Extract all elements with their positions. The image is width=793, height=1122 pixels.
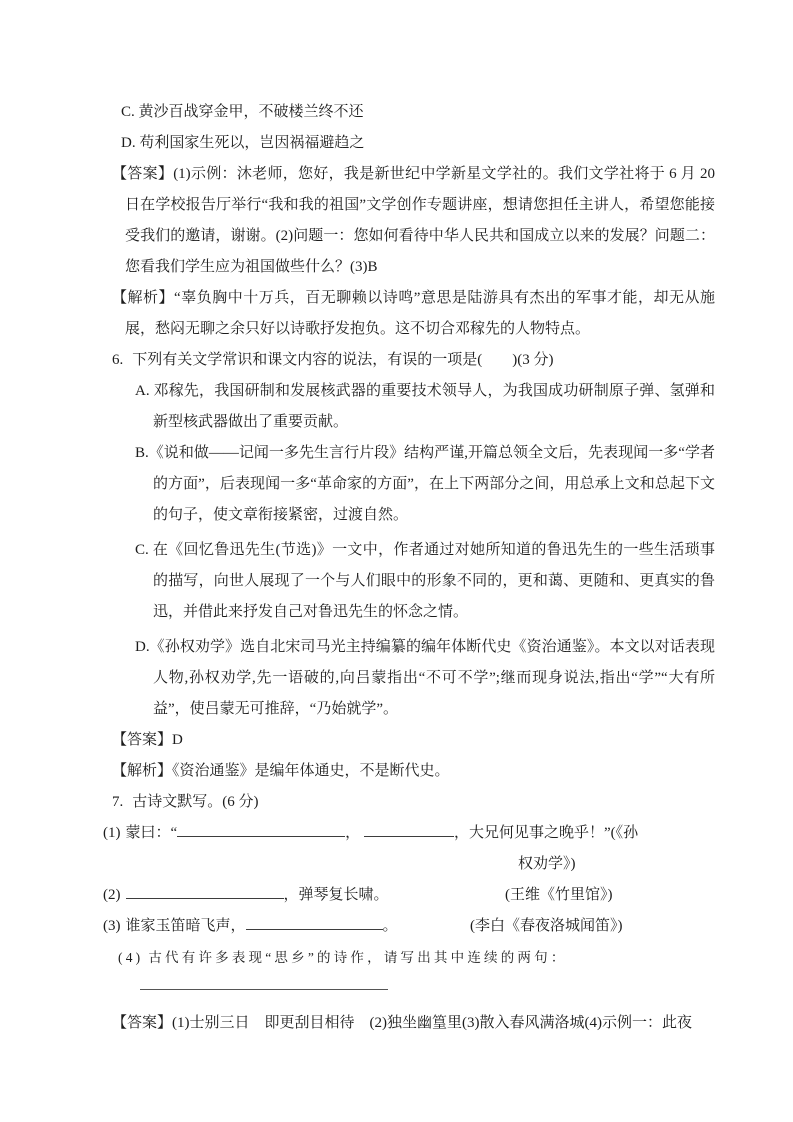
item-text-pre: 蒙曰：“ [126,825,178,841]
citation: (李白《春夜洛城闻笛》) [470,911,623,942]
item-text-post: 。 [383,918,398,934]
question-stem-text: 古诗文默写。(6 分) [132,794,258,810]
answer-tag: 【答案】 [112,732,172,748]
question-number: 6. [112,352,123,368]
question-stem-text: 下列有关文学常识和课文内容的说法，有误的一项是( )(3 分) [132,352,553,368]
item-text-pre: 谁家玉笛暗飞声， [126,918,246,934]
analysis-text: 《资治通鉴》是编年体通史，不是断代史。 [172,763,450,779]
option-text: 邓稼先，我国研制和发展核武器的重要技术领导人，为我国成功研制原子弹、氢弹和新型核… [153,383,715,430]
analysis-tag: 【解析】 [112,290,174,306]
fill-blank [126,884,284,899]
q6-option-b: B.《说和做——记闻一多先生言行片段》结构严谨,开篇总领全文后，先表现闻一多“学… [135,438,715,531]
option-label: D. [135,639,150,655]
option-text: 黄沙百战穿金甲，不破楼兰终不还 [139,104,364,120]
item-number: (4) [118,950,143,965]
fill-blank [364,822,454,837]
item-text: 古代有许多表现“思乡”的诗作，请写出其中连续的两句： [148,950,567,965]
q5-option-c: C. 黄沙百战穿金甲，不破楼兰终不还 [121,97,715,128]
q7-item-2: (2)，弹琴复长啸。(王维《竹里馆》) [103,880,733,911]
option-label: C. [135,542,153,558]
option-text: 《孙权劝学》选自北宋司马光主持编纂的编年体断代史《资治通鉴》。本文以对话表现人物… [150,639,715,717]
answer-text: (1)士别三日 即更刮目相待 (2)独坐幽篁里(3)散入春风满洛城(4)示例一：… [172,1015,692,1031]
q5-answer-block: 【答案】(1)示例：沐老师，您好，我是新世纪中学新星文学社的。我们文学社将于 6… [112,159,715,283]
q6-option-d: D.《孙权劝学》选自北宋司马光主持编纂的编年体断代史《资治通鉴》。本文以对话表现… [135,632,715,725]
exam-paper-page: C. 黄沙百战穿金甲，不破楼兰终不还 D. 苟利国家生死以，岂因祸福避趋之 【答… [0,0,793,1122]
question-number: 7. [112,794,123,810]
option-text: 《说和做——记闻一多先生言行片段》结构严谨,开篇总领全文后，先表现闻一多“学者的… [149,445,715,523]
q6-analysis-block: 【解析】《资治通鉴》是编年体通史，不是断代史。 [112,756,715,787]
q7-item-4-answer-line [140,977,388,990]
option-label: B. [135,445,149,461]
item-text-post: ，弹琴复长啸。 [284,887,389,903]
item-number: (3) [103,918,121,934]
q6-option-c: C. 在《回忆鲁迅先生(节选)》一文中，作者通过对她所知道的鲁迅先生的一些生活琐… [135,535,715,628]
answer-tag: 【答案】 [112,166,173,182]
item-number: (2) [103,887,121,903]
citation-wrap-text: 权劝学》) [518,856,576,872]
fill-blank [177,822,345,837]
q5-option-d: D. 苟利国家生死以，岂因祸福避趋之 [121,128,715,159]
q5-analysis-block: 【解析】“辜负胸中十万兵，百无聊赖以诗鸣”意思是陆游具有杰出的军事才能，却无从施… [112,283,715,345]
q6-answer-block: 【答案】D [112,725,715,756]
q6-option-a: A. 邓稼先，我国研制和发展核武器的重要技术领导人，为我国成功研制原子弹、氢弹和… [135,376,715,438]
q7-item-4: (4)古代有许多表现“思乡”的诗作，请写出其中连续的两句： [118,942,723,973]
fill-blank [246,915,383,930]
item-text-mid: ， [345,825,364,841]
q7-answer-block: 【答案】(1)士别三日 即更刮目相待 (2)独坐幽篁里(3)散入春风满洛城(4)… [112,1008,715,1039]
option-text: 苟利国家生死以，岂因祸福避趋之 [139,135,364,151]
option-label: C. [121,104,139,120]
analysis-text: “辜负胸中十万兵，百无聊赖以诗鸣”意思是陆游具有杰出的军事才能，却无从施展，愁闷… [125,290,715,337]
question-7-stem: 7.古诗文默写。(6 分) [112,787,715,818]
item-text-post: ，大兄何见事之晚乎！”(《孙 [454,825,638,841]
option-label: D. [121,135,139,151]
answer-text: D [172,732,183,748]
document-body: C. 黄沙百战穿金甲，不破楼兰终不还 D. 苟利国家生死以，岂因祸福避趋之 【答… [0,0,793,1039]
option-text: 在《回忆鲁迅先生(节选)》一文中，作者通过对她所知道的鲁迅先生的一些生活琐事的描… [153,542,715,620]
q7-item-3: (3)谁家玉笛暗飞声，。(李白《春夜洛城闻笛》) [103,911,733,942]
analysis-tag: 【解析】 [112,763,172,779]
q7-item-1: (1)蒙曰：“， ，大兄何见事之晚乎！”(《孙 [103,818,733,849]
option-label: A. [135,383,154,399]
question-6-stem: 6.下列有关文学常识和课文内容的说法，有误的一项是( )(3 分) [112,345,715,376]
answer-text: (1)示例：沐老师，您好，我是新世纪中学新星文学社的。我们文学社将于 6 月 2… [125,166,715,275]
q7-item-1-wrap: 权劝学》) [518,849,793,880]
answer-tag: 【答案】 [112,1015,172,1031]
citation: (王维《竹里馆》) [505,880,613,911]
item-number: (1) [103,825,121,841]
